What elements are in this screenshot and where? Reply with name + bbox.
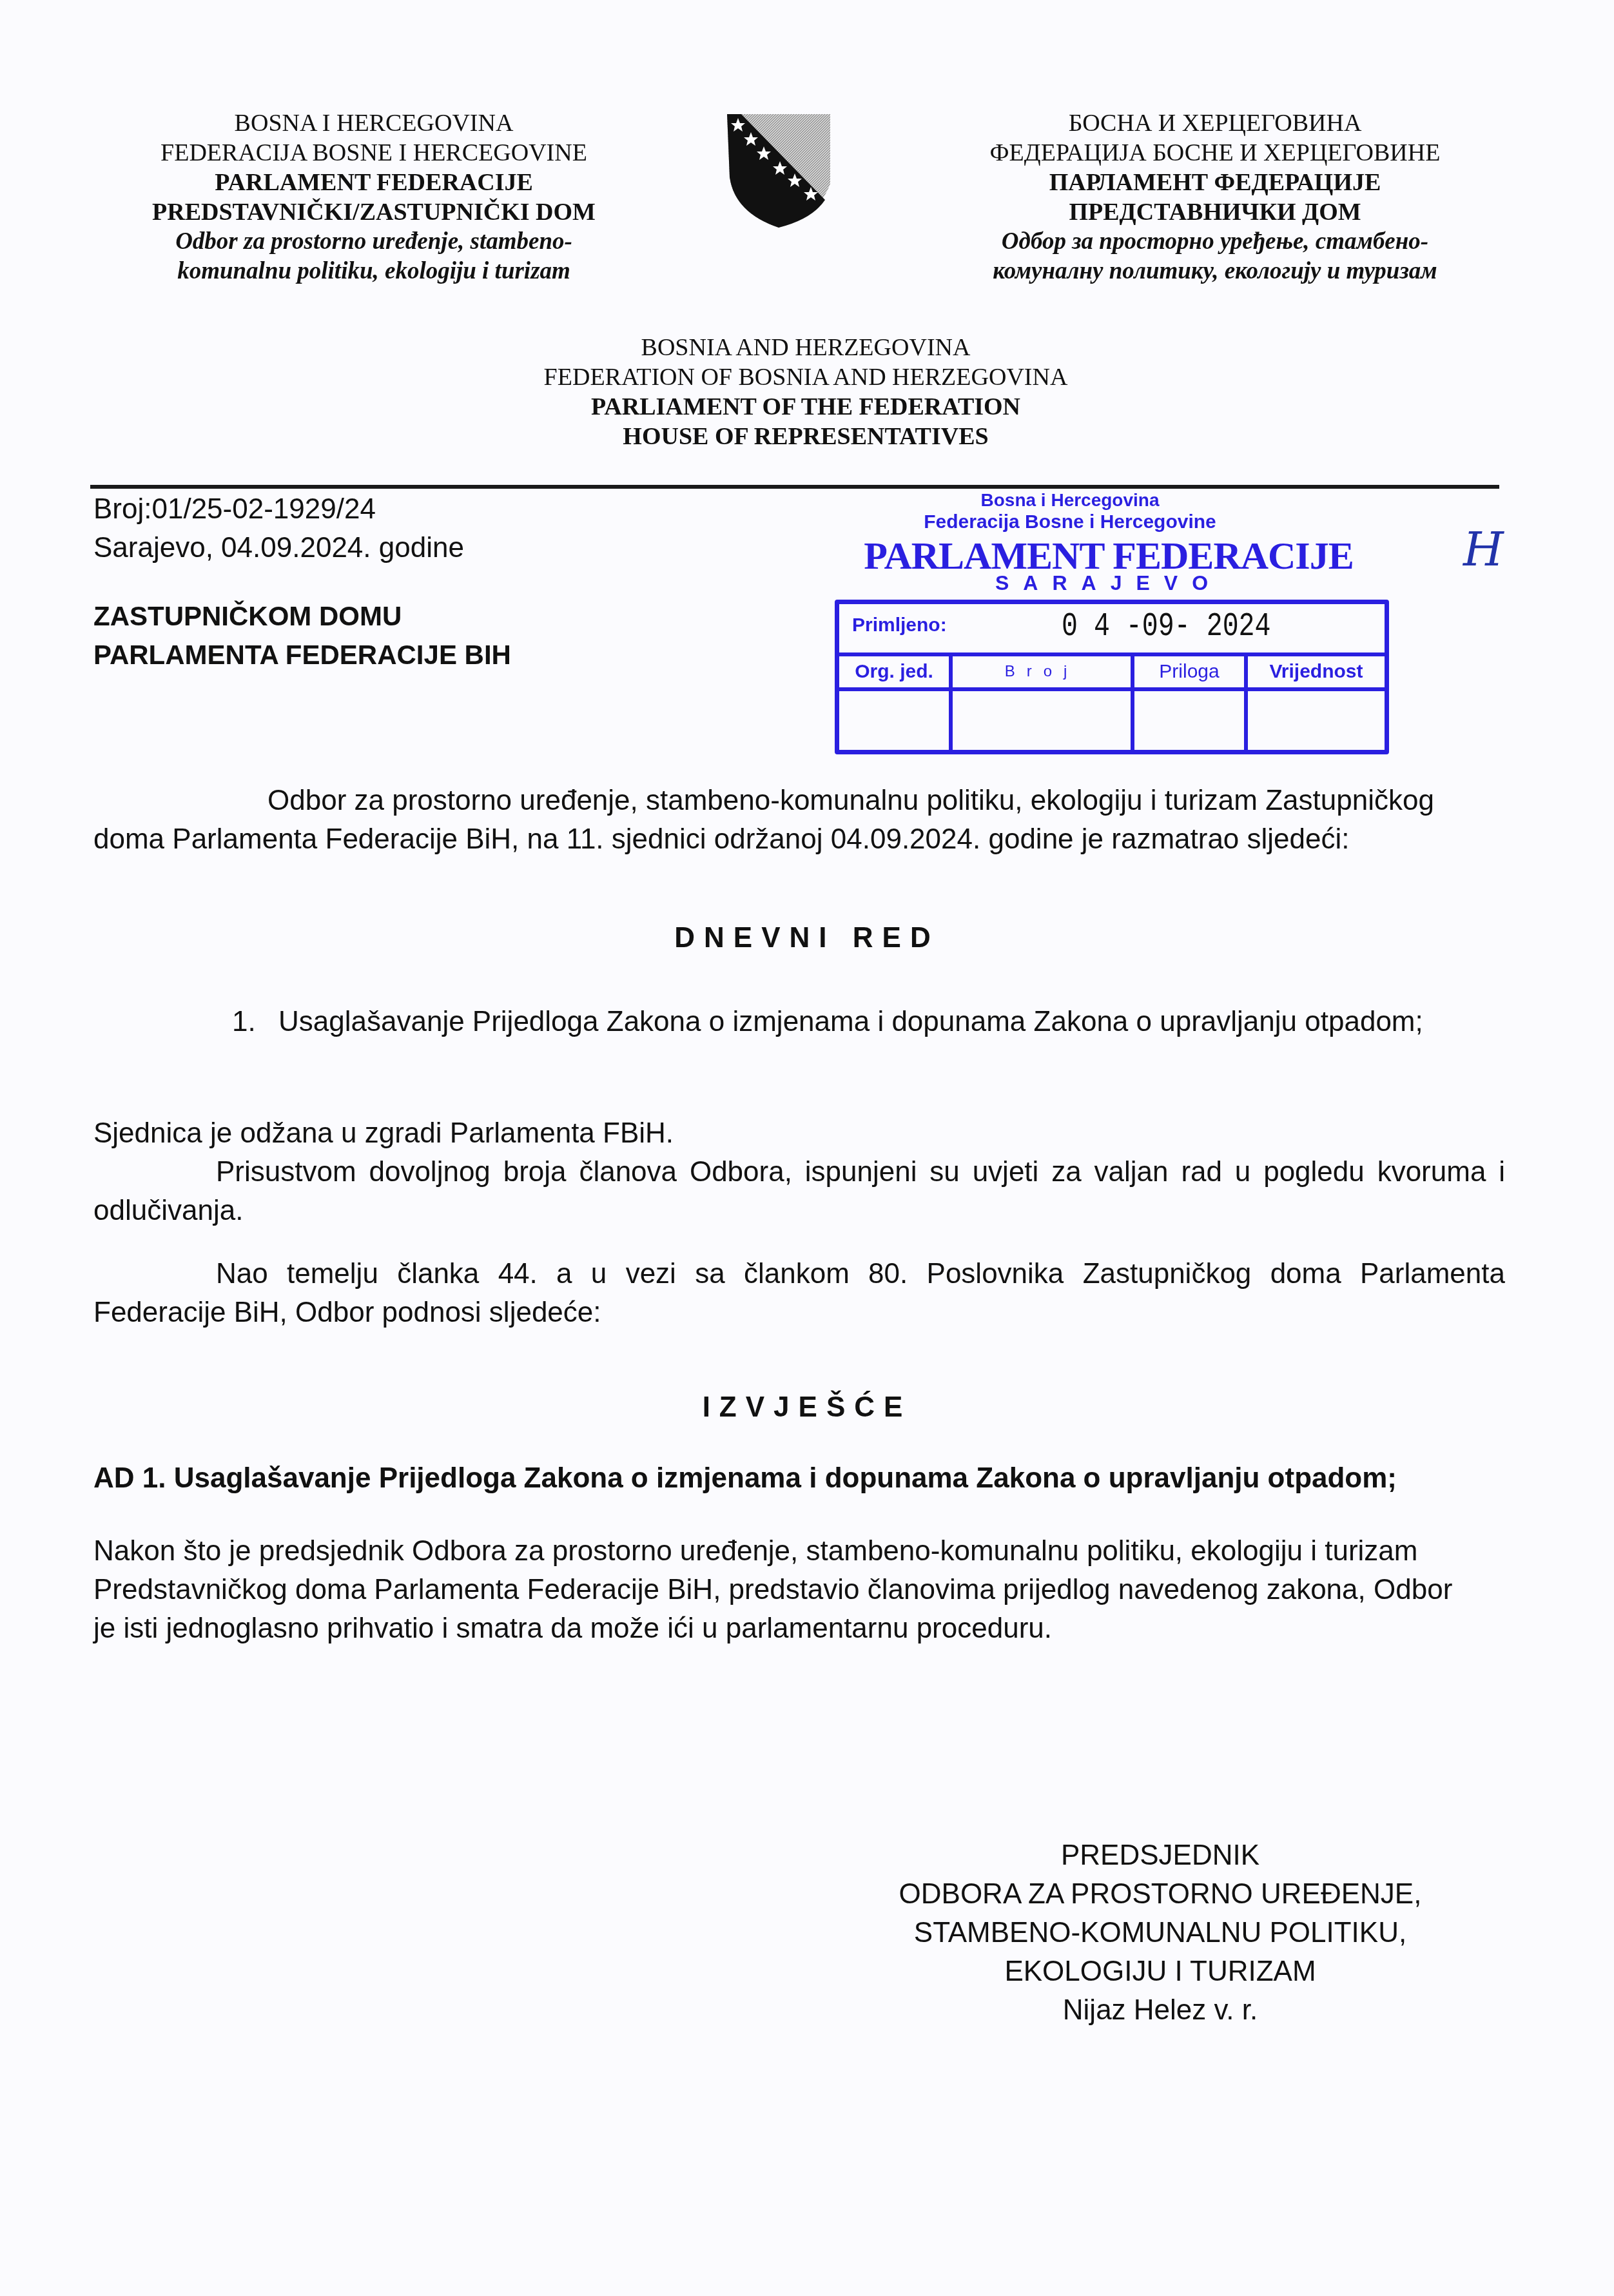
letterhead-english: BOSNIA AND HERZEGOVINA FEDERATION OF BOS…	[451, 333, 1160, 451]
stamp-received-date: 0 4 -09- 2024	[1062, 607, 1271, 645]
stamp-country: Bosna i Hercegovina	[915, 490, 1225, 511]
report-title: IZVJEŠĆE	[0, 1391, 1614, 1424]
letterhead-committee-cyr-line2: комуналну политику, екологију и туризам	[909, 257, 1521, 286]
intro-line2: doma Parlamenta Federacije BiH, na 11. s…	[93, 820, 1505, 859]
letterhead-house-en: HOUSE OF REPRESENTATIVES	[451, 422, 1160, 451]
signature-committee-line3: EKOLOGIJU I TURIZAM	[838, 1952, 1483, 1991]
place-and-date: Sarajevo, 04.09.2024. godine	[93, 530, 464, 566]
legal-basis-paragraph: Nao temelju članka 44. a u vezi sa člank…	[93, 1255, 1505, 1332]
stamp-divider	[949, 652, 953, 750]
stamp-city: SARAJEVO	[915, 571, 1302, 595]
letterhead-committee-line1: Odbor za prostorno uređenje, stambeno-	[84, 227, 664, 257]
basis-line1: Nao temelju članka 44. a u vezi sa člank…	[93, 1255, 1505, 1293]
letterhead-parliament: PARLAMENT FEDERACIJE	[84, 168, 664, 197]
handwritten-initial: H	[1463, 522, 1504, 576]
intro-paragraph: Odbor za prostorno uređenje, stambeno-ko…	[93, 781, 1505, 859]
stamp-col-value: Vrijednost	[1248, 656, 1385, 691]
stamp-col-org: Org. jed.	[839, 656, 949, 691]
letterhead-country: BOSNA I HERCEGOVINA	[84, 108, 664, 138]
signatory-name: Nijaz Helez v. r.	[838, 1991, 1483, 2030]
letterhead-house: PREDSTAVNIČKI/ZASTUPNIČKI DOM	[84, 197, 664, 227]
reference-number: Broj:01/25-02-1929/24	[93, 491, 376, 527]
letterhead-committee-line2: komunalnu politiku, ekologiju i turizam	[84, 257, 664, 286]
agenda-item: 1.Usaglašavanje Prijedloga Zakona o izmj…	[232, 1006, 1423, 1038]
agenda-item-number: 1.	[232, 1006, 278, 1038]
ad-heading: AD 1. Usaglašavanje Prijedloga Zakona o …	[93, 1462, 1397, 1495]
session-location: Sjednica je odžana u zgradi Parlamenta F…	[93, 1114, 1505, 1153]
conclusion-line1: Nakon što je predsjednik Odbora za prost…	[93, 1532, 1505, 1571]
signature-committee-line2: STAMBENO-KOMUNALNU POLITIKU,	[838, 1914, 1483, 1952]
letterhead-federation-en: FEDERATION OF BOSNIA AND HERZEGOVINA	[451, 362, 1160, 392]
received-stamp-box: Primljeno: 0 4 -09- 2024 Org. jed. Broj …	[835, 600, 1389, 754]
conclusion-line2: Predstavničkog doma Parlamenta Federacij…	[93, 1571, 1505, 1609]
stamp-divider	[1244, 652, 1248, 750]
quorum-paragraph: Prisustvom dovoljnog broja članova Odbor…	[93, 1153, 1505, 1230]
basis-line2: Federacije BiH, Odbor podnosi sljedeće:	[93, 1297, 601, 1328]
letterhead-country-cyr: БОСНА И ХЕРЦЕГОВИНА	[909, 108, 1521, 138]
quorum-line1: Prisustvom dovoljnog broja članova Odbor…	[93, 1153, 1505, 1192]
letterhead-house-cyr: ПРЕДСТАВНИЧКИ ДОМ	[909, 197, 1521, 227]
letterhead-parliament-en: PARLIAMENT OF THE FEDERATION	[451, 392, 1160, 422]
stamp-divider	[1131, 652, 1134, 750]
stamp-col-attachments: Priloga	[1134, 656, 1244, 691]
letterhead-federation-cyr: ФЕДЕРАЦИЈА БОСНЕ И ХЕРЦЕГОВИНЕ	[909, 138, 1521, 168]
letterhead-parliament-cyr: ПАРЛАМЕНТ ФЕДЕРАЦИЈЕ	[909, 168, 1521, 197]
letterhead-committee-cyr-line1: Одбор за просторно уређење, стамбено-	[909, 227, 1521, 257]
header-divider	[90, 485, 1499, 489]
stamp-col-number: Broj	[953, 656, 1131, 691]
quorum-line2: odlučivanja.	[93, 1195, 243, 1226]
stamp-received-row: Primljeno: 0 4 -09- 2024	[839, 604, 1385, 656]
intro-line1: Odbor za prostorno uređenje, stambeno-ko…	[93, 781, 1505, 820]
stamp-federation: Federacija Bosne i Hercegovine	[890, 511, 1250, 533]
agenda-title: DNEVNI RED	[0, 922, 1614, 954]
addressee-line1: ZASTUPNIČKOM DOMU	[93, 598, 402, 634]
letterhead-country-en: BOSNIA AND HERZEGOVINA	[451, 333, 1160, 362]
agenda-item-text: Usaglašavanje Prijedloga Zakona o izmjen…	[278, 1006, 1423, 1037]
letterhead-federation: FEDERACIJA BOSNE I HERCEGOVINE	[84, 138, 664, 168]
coat-of-arms-icon	[722, 106, 835, 232]
conclusion-line3: je isti jednoglasno prihvatio i smatra d…	[93, 1609, 1505, 1648]
letterhead-cyrillic: БОСНА И ХЕРЦЕГОВИНА ФЕДЕРАЦИЈА БОСНЕ И Х…	[909, 108, 1521, 286]
letterhead-bosnian-latin: BOSNA I HERCEGOVINA FEDERACIJA BOSNE I H…	[84, 108, 664, 286]
stamp-received-label: Primljeno:	[852, 614, 947, 636]
conclusion-paragraph: Nakon što je predsjednik Odbora za prost…	[93, 1532, 1505, 1648]
addressee-line2: PARLAMENTA FEDERACIJE BIH	[93, 637, 511, 673]
signature-title: PREDSJEDNIK	[838, 1836, 1483, 1875]
signature-block: PREDSJEDNIK ODBORA ZA PROSTORNO UREĐENJE…	[838, 1836, 1483, 2030]
signature-committee-line1: ODBORA ZA PROSTORNO UREĐENJE,	[838, 1875, 1483, 1914]
